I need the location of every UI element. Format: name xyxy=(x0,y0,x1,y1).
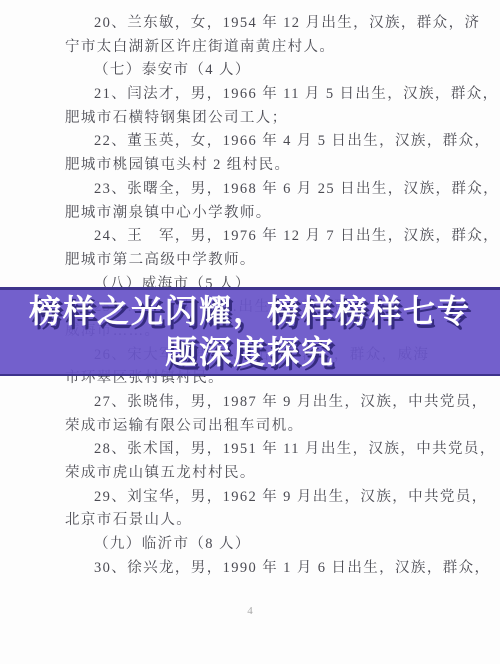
document-page: 20、兰东敏，女，1954 年 12 月出生，汉族，群众，济宁市太白湖新区许庄街… xyxy=(0,0,500,664)
banner-title: 榜样之光闪耀，榜样榜样七专 题深度探究 xyxy=(29,291,471,373)
doc-line: 24、王 军，男，1976 年 12 月 7 日出生，汉族，群众， xyxy=(65,225,455,249)
doc-line: 肥城市潮泉镇中心小学教师。 xyxy=(65,202,455,226)
doc-line: 肥城市桃园镇屯头村 2 组村民。 xyxy=(65,154,455,178)
doc-line: 荣成市运输有限公司出租车司机。 xyxy=(65,415,455,439)
doc-line: 22、董玉英，女，1966 年 4 月 5 日出生，汉族，群众， xyxy=(65,130,455,154)
doc-line: 23、张曙全，男，1968 年 6 月 25 日出生，汉族，群众， xyxy=(65,178,455,202)
banner-title-line1: 榜样之光闪耀，榜样榜样七专 xyxy=(29,292,471,330)
banner-title-line2: 题深度探究 xyxy=(165,333,335,371)
doc-line: 20、兰东敏，女，1954 年 12 月出生，汉族，群众，济 xyxy=(65,12,455,36)
doc-line: 荣成市虎山镇五龙村村民。 xyxy=(65,462,455,486)
doc-line: 30、徐兴龙，男，1990 年 1 月 6 日出生，汉族，群众， xyxy=(65,557,455,581)
doc-line: 肥城市石横特钢集团公司工人； xyxy=(65,107,455,131)
doc-line: 28、张术国，男，1951 年 11 月出生，汉族，中共党员， xyxy=(65,438,455,462)
doc-line: 肥城市第二高级中学教师。 xyxy=(65,249,455,273)
doc-line: （七）泰安市（4 人） xyxy=(65,59,455,83)
doc-line: 21、闫法才，男，1966 年 11 月 5 日出生，汉族，群众， xyxy=(65,83,455,107)
doc-line: 宁市太白湖新区许庄街道南黄庄村人。 xyxy=(65,36,455,60)
page-number: 4 xyxy=(240,605,260,617)
doc-line: 27、张晓伟，男，1987 年 9 月出生，汉族，中共党员， xyxy=(65,391,455,415)
doc-line: （九）临沂市（8 人） xyxy=(65,533,455,557)
doc-line: 北京市石景山人。 xyxy=(65,509,455,533)
doc-line: 29、刘宝华，男，1962 年 9 月出生，汉族，中共党员， xyxy=(65,486,455,510)
overlay-banner: 榜样之光闪耀，榜样榜样七专 题深度探究 xyxy=(0,287,500,376)
